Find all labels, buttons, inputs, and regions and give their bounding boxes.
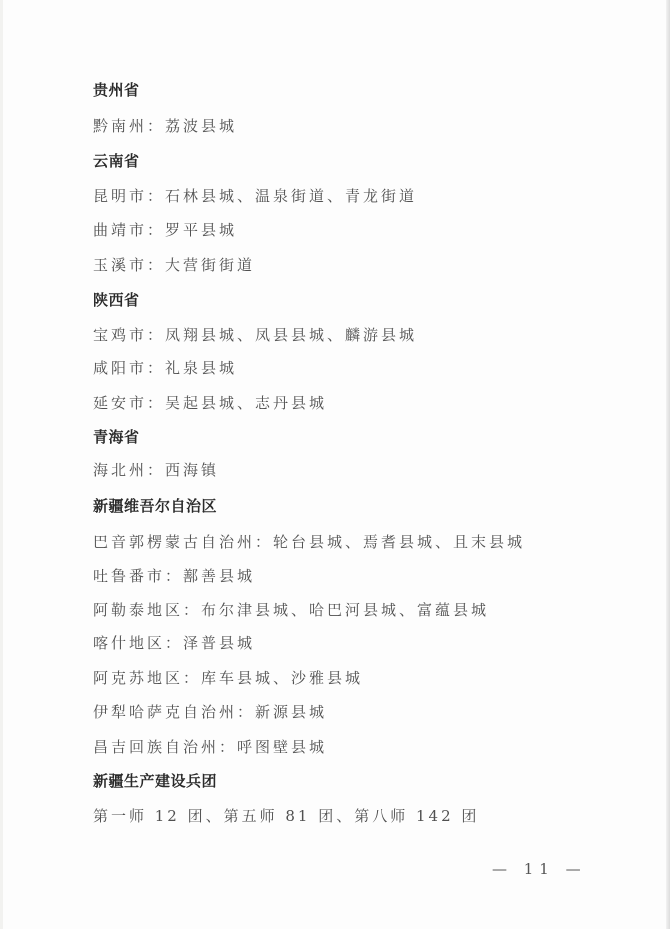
region-entry: 昆明市：石林县城、温泉街道、青龙街道 — [93, 186, 417, 206]
region-entry: 伊犁哈萨克自治州：新源县城 — [93, 702, 327, 722]
region-entry: 阿克苏地区：库车县城、沙雅县城 — [93, 668, 363, 688]
page-number: — 11 — — [492, 859, 587, 879]
region-entry: 海北州：西海镇 — [93, 460, 219, 480]
region-entry: 吐鲁番市：鄯善县城 — [93, 566, 255, 586]
document-page: 贵州省黔南州：荔波县城云南省昆明市：石林县城、温泉街道、青龙街道曲靖市：罗平县城… — [0, 0, 670, 929]
province-heading: 云南省 — [93, 151, 140, 171]
region-entry: 第一师 12 团、第五师 81 团、第八师 142 团 — [93, 806, 479, 826]
region-entry: 昌吉回族自治州：呼图壁县城 — [93, 737, 327, 757]
region-entry: 宝鸡市：凤翔县城、凤县县城、麟游县城 — [93, 325, 417, 345]
page-edge-left — [0, 0, 3, 929]
province-heading: 新疆生产建设兵团 — [93, 771, 217, 791]
region-entry: 曲靖市：罗平县城 — [93, 220, 237, 240]
region-entry: 黔南州：荔波县城 — [93, 116, 237, 136]
region-entry: 阿勒泰地区：布尔津县城、哈巴河县城、富蕴县城 — [93, 600, 489, 620]
region-entry: 喀什地区：泽普县城 — [93, 633, 255, 653]
region-entry: 延安市：吴起县城、志丹县城 — [93, 393, 327, 413]
province-heading: 贵州省 — [93, 80, 140, 100]
region-entry: 巴音郭楞蒙古自治州：轮台县城、焉耆县城、且末县城 — [93, 532, 525, 552]
province-heading: 新疆维吾尔自治区 — [93, 496, 217, 516]
region-entry: 咸阳市：礼泉县城 — [93, 358, 237, 378]
region-entry: 玉溪市：大营街街道 — [93, 255, 255, 275]
province-heading: 陕西省 — [93, 290, 140, 310]
province-heading: 青海省 — [93, 427, 140, 447]
page-edge-right — [666, 0, 670, 929]
